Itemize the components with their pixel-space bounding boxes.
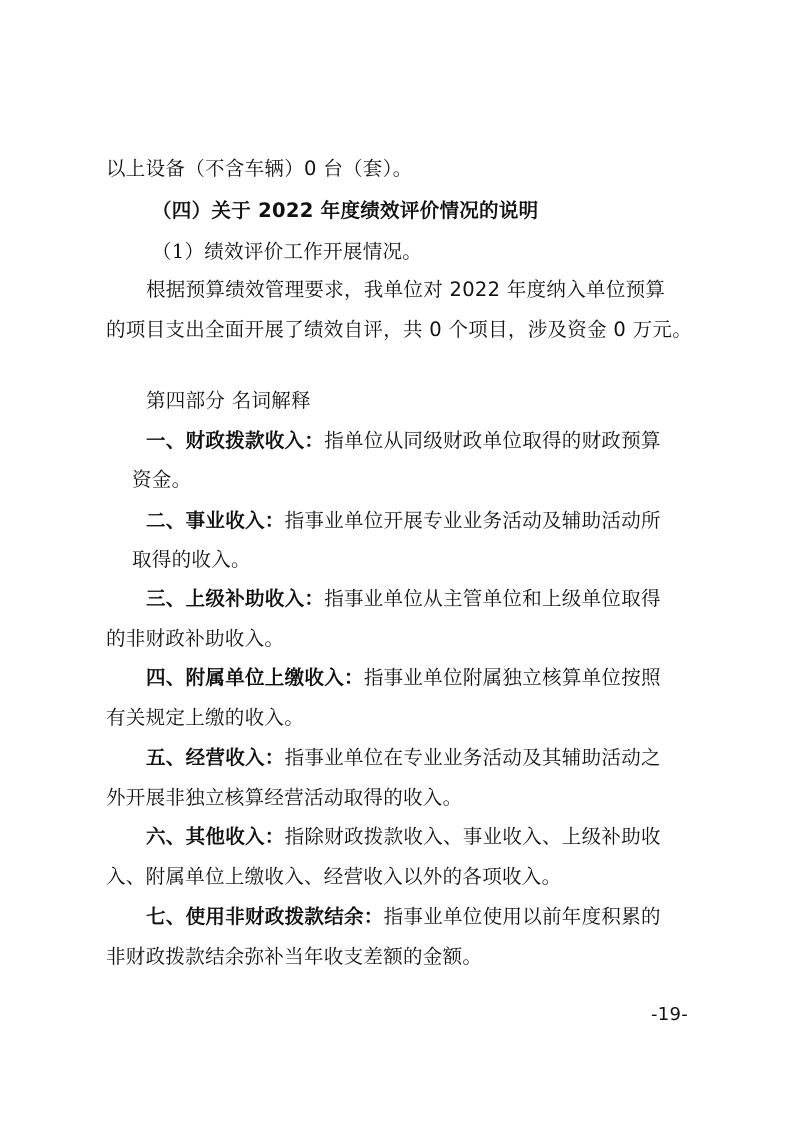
glossary-item: 四、附属单位上缴收入：指事业单位附属独立核算单位按照 xyxy=(146,664,661,692)
glossary-continuation: 取得的收入。 xyxy=(132,546,251,574)
glossary-continuation: 入、附属单位上缴收入、经营收入以外的各项收入。 xyxy=(106,863,561,891)
glossary-continuation: 非财政拨款结余弥补当年收支差额的金额。 xyxy=(106,943,482,971)
glossary-continuation: 的非财政补助收入。 xyxy=(106,625,284,653)
assets-tail-line: 以上设备（不含车辆）0 台（套）。 xyxy=(106,155,412,183)
glossary-item: 二、事业收入：指事业单位开展专业业务活动及辅助活动所 xyxy=(146,507,661,535)
glossary-term: 七、使用非财政拨款结余： xyxy=(146,905,384,928)
glossary-definition: 指除财政拨款收入、事业收入、上级补助收 xyxy=(285,825,661,848)
paragraph-line: 根据预算绩效管理要求，我单位对 2022 年度纳入单位预算 xyxy=(146,276,665,304)
glossary-item: 七、使用非财政拨款结余：指事业单位使用以前年度积累的 xyxy=(146,903,661,931)
glossary-term: 五、经营收入： xyxy=(146,746,285,769)
glossary-term: 四、附属单位上缴收入： xyxy=(146,666,364,689)
glossary-definition: 指单位从同级财政单位取得的财政预算 xyxy=(324,429,661,452)
glossary-continuation: 有关规定上缴的收入。 xyxy=(106,704,304,732)
glossary-definition: 指事业单位使用以前年度积累的 xyxy=(384,905,661,928)
section-heading: （四）关于 2022 年度绩效评价情况的说明 xyxy=(152,197,538,225)
glossary-term: 一、财政拨款收入： xyxy=(146,429,324,452)
glossary-term: 六、其他收入： xyxy=(146,825,285,848)
subheading: （1）绩效评价工作开展情况。 xyxy=(152,238,422,266)
glossary-item: 五、经营收入：指事业单位在专业业务活动及其辅助活动之 xyxy=(146,744,661,772)
glossary-definition: 指事业单位附属独立核算单位按照 xyxy=(364,666,661,689)
page-number: -19- xyxy=(651,1001,688,1029)
glossary-definition: 指事业单位在专业业务活动及其辅助活动之 xyxy=(285,746,661,769)
glossary-definition: 指事业单位从主管单位和上级单位取得 xyxy=(324,587,661,610)
part-title: 第四部分 名词解释 xyxy=(146,387,311,415)
glossary-term: 二、事业收入： xyxy=(146,509,285,532)
glossary-item: 六、其他收入：指除财政拨款收入、事业收入、上级补助收 xyxy=(146,823,661,851)
glossary-continuation: 外开展非独立核算经营活动取得的收入。 xyxy=(106,784,462,812)
paragraph-line: 的项目支出全面开展了绩效自评，共 0 个项目，涉及资金 0 万元。 xyxy=(106,316,692,344)
glossary-term: 三、上级补助收入： xyxy=(146,587,324,610)
glossary-item: 三、上级补助收入：指事业单位从主管单位和上级单位取得 xyxy=(146,585,661,613)
glossary-continuation: 资金。 xyxy=(132,466,191,494)
glossary-definition: 指事业单位开展专业业务活动及辅助活动所 xyxy=(285,509,661,532)
glossary-item: 一、财政拨款收入：指单位从同级财政单位取得的财政预算 xyxy=(146,427,661,455)
